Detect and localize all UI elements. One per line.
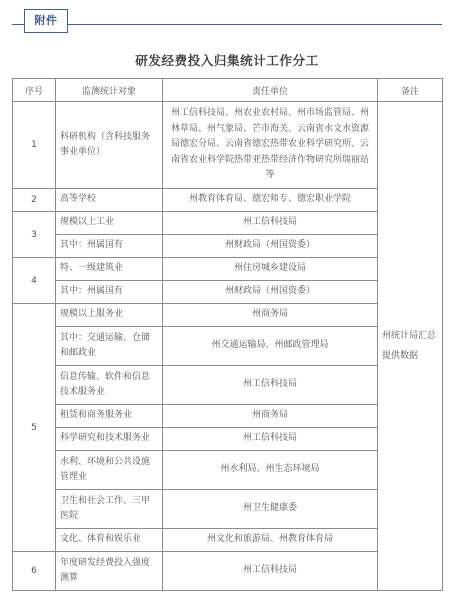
unit-cell: 州工信科技局、州农业农村局、州市场监管局、州林草局、州气象局、芒市海关、云南省水… (163, 102, 378, 189)
unit-cell: 州文化和旅游局、州教育体育局 (163, 529, 378, 552)
unit-cell: 州工信科技局 (163, 552, 378, 591)
seq-cell: 6 (13, 552, 56, 591)
table-header-row: 序号 监测统计对象 责任单位 备注 (13, 79, 443, 102)
unit-cell: 州工信科技局 (163, 428, 378, 451)
document-title: 研发经费投入归集统计工作分工 (0, 51, 454, 69)
object-cell: 高等学校 (56, 189, 163, 212)
unit-cell: 州商务局 (163, 405, 378, 428)
seq-cell: 5 (13, 304, 56, 552)
unit-cell: 州商务局 (163, 304, 378, 327)
unit-cell: 州教育体育局、德宏师专、德宏职业学院 (163, 189, 378, 212)
object-cell: 水利、环境和公共设施管理业 (56, 451, 163, 490)
column-header-note: 备注 (378, 79, 443, 102)
object-cell: 年度研发经费投入强度测算 (56, 552, 163, 591)
object-cell: 规模以上工业 (56, 212, 163, 235)
unit-cell: 州工信科技局 (163, 212, 378, 235)
unit-cell: 州财政局（州国资委） (163, 235, 378, 258)
object-cell: 其中：州属国有 (56, 235, 163, 258)
column-header-object: 监测统计对象 (56, 79, 163, 102)
object-cell: 其中：州属国有 (56, 281, 163, 304)
object-cell: 特、一级建筑业 (56, 258, 163, 281)
seq-cell: 2 (13, 189, 56, 212)
object-cell: 信息传输、软件和信息技术服务业 (56, 366, 163, 405)
column-header-seq: 序号 (13, 79, 56, 102)
object-cell: 科研机构（含科技服务事业单位） (56, 102, 163, 189)
unit-cell: 州住房城乡建设局 (163, 258, 378, 281)
object-cell: 规模以上服务业 (56, 304, 163, 327)
object-cell: 卫生和社会工作、三甲医院 (56, 490, 163, 529)
attachment-badge: 附件 (24, 9, 68, 33)
work-division-table: 序号 监测统计对象 责任单位 备注 1 科研机构（含科技服务事业单位） 州工信科… (12, 78, 443, 591)
table-row: 1 科研机构（含科技服务事业单位） 州工信科技局、州农业农村局、州市场监管局、州… (13, 102, 443, 189)
object-cell: 文化、体育和娱乐业 (56, 529, 163, 552)
seq-cell: 3 (13, 212, 56, 258)
unit-cell: 州工信科技局 (163, 366, 378, 405)
note-cell: 州统计局汇总提供数据 (378, 102, 443, 591)
object-cell: 其中：交通运输、仓储和邮政业 (56, 327, 163, 366)
seq-cell: 1 (13, 102, 56, 189)
unit-cell: 州交通运输局、州邮政管理局 (163, 327, 378, 366)
unit-cell: 州水利局、州生态环境局 (163, 451, 378, 490)
unit-cell: 州卫生健康委 (163, 490, 378, 529)
column-header-unit: 责任单位 (163, 79, 378, 102)
header-divider-line (12, 24, 442, 25)
object-cell: 租赁和商务服务业 (56, 405, 163, 428)
unit-cell: 州财政局（州国资委） (163, 281, 378, 304)
object-cell: 科学研究和技术服务业 (56, 428, 163, 451)
seq-cell: 4 (13, 258, 56, 304)
